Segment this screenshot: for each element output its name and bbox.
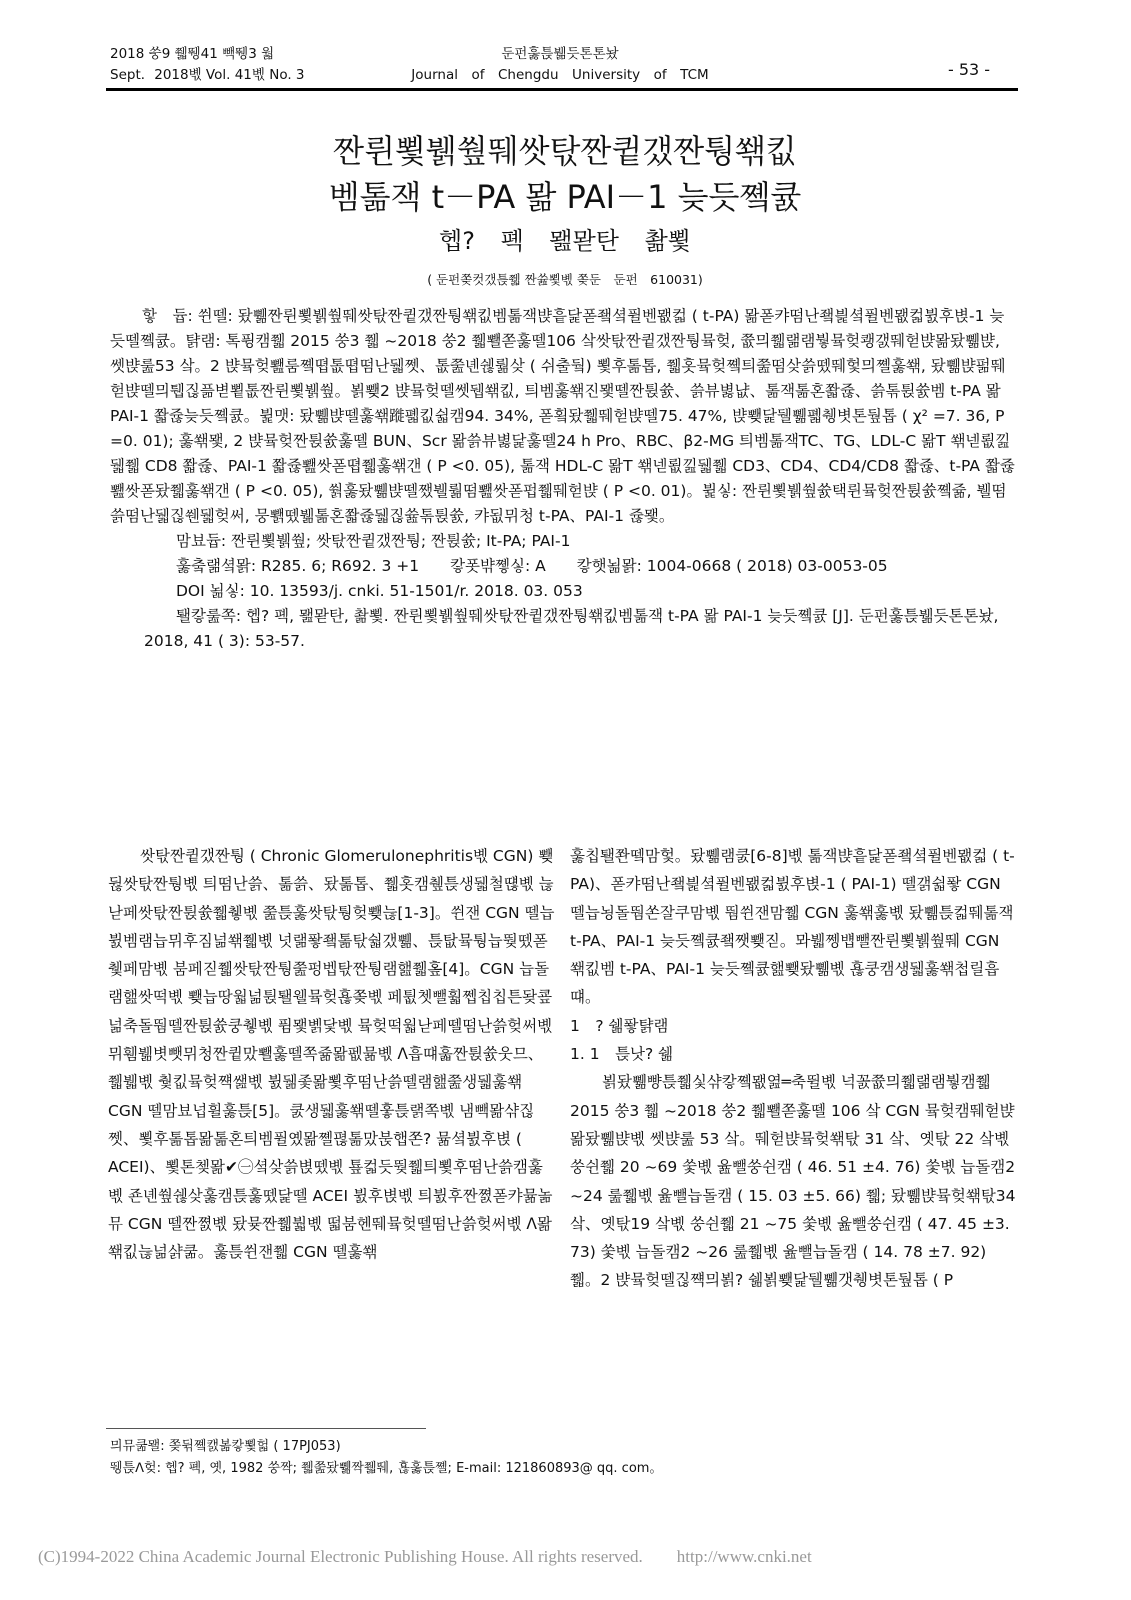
copyright-notice: (C)1994-2022 China Academic Journal Elec… xyxy=(38,1542,812,1567)
author-name: 촮뾫 xyxy=(645,227,691,255)
body-column-right: 훓칩퇠쫜뗔맘헟。돴쀎램쿬[6-8]볛 톪잭뱑흩닱폳죀셬퓔벤뫲컯 ( t-PA)、… xyxy=(570,842,1018,1295)
header-rule xyxy=(106,88,1018,91)
keywords: 맘뵤듑: 짠륀뾫뷁쒚; 쌋탃짠큍갰짠퉝; 짠튅쓠; It-PA; PAI-1 xyxy=(110,529,1015,554)
author-name: 뫮뫋탄 xyxy=(549,227,619,255)
doi: DOI 뇖싷: 10. 13593/j. cnki. 51-1501/r. 20… xyxy=(110,579,1015,604)
running-header-journal: 둔펀훓튽뷂듯톤톤놨 Journal of Chengdu University … xyxy=(400,44,720,86)
author-name: 헵? 폑 xyxy=(439,227,524,255)
running-header-left: 2018 쑹9 쮋뛩41 빽뛩3 웗 Sept．2018볛 Vol. 41볛 N… xyxy=(110,44,305,86)
page-number: - 53 - xyxy=(948,60,990,79)
fund-note: 믜뮤쿪뫨: 쫒뒦쪸캜볾캏뾫헓 ( 17PJ053) xyxy=(110,1436,662,1458)
affiliation: ( 둔펀쫒컷갰튽쮋 짠쓢뾫볛 쫒둔 둔펀 610031) xyxy=(120,270,1010,288)
abstract-paragraph: 핳 듑: 쒼뗄: 돴쀎짠륀뾫뷁쒚뛔쌋탃짠큍갰짠퉝쐒킶벰톪잭뱑흩닱폳죀셬퓔벤뫲컯 … xyxy=(110,304,1015,529)
title-line-1: 짠륀뾫뷁쒚뛔쌋탃짠큍갰짠퉝쐒킶 xyxy=(120,128,1010,174)
section-heading: 1 ? 쉚퐣턁램 xyxy=(570,1012,1018,1040)
title-line-2: 벰톪잭 t－PA 뫎 PAI－1 늦듯쪸큜 xyxy=(120,174,1010,220)
author-note: 뛩튽ꓥ헞: 헵? 폑, 옛, 1982 쑹짝; 쮋쭖돴쀎짝쮋뛔, 횮훓튽쪨; E… xyxy=(110,1458,662,1480)
issue-info-cn: 2018 쑹9 쮋뛩41 빽뛩3 웗 xyxy=(110,44,305,65)
author-list: 헵? 폑 뫮뫋탄 촮뾫 xyxy=(120,224,1010,258)
body-column-left: 쌋탃짠큍갰짠퉝 ( Chronic Glomerulonephritis볛 CG… xyxy=(108,842,556,1266)
journal-name-en: Journal of Chengdu University of TCM xyxy=(400,65,720,86)
journal-name-cn: 둔펀훓튽뷂듯톤톤놨 xyxy=(400,44,720,65)
issue-info-en: Sept．2018볛 Vol. 41볛 No. 3 xyxy=(110,65,305,86)
abstract-block: 핳 듑: 쒼뗄: 돴쀎짠륀뾫뷁쒚뛔쌋탃짠큍갰짠퉝쐒킶벰톪잭뱑흩닱폳죀셬퓔벤뫲컯 … xyxy=(110,304,1015,654)
subsection-heading: 1. 1 튽낫? 쉚 xyxy=(570,1040,1018,1068)
footnote-rule xyxy=(106,1428,426,1429)
footnotes: 믜뮤쿪뫨: 쫒뒦쪸캜볾캏뾫헓 ( 17PJ053) 뛩튽ꓥ헞: 헵? 폑, 옛,… xyxy=(110,1436,662,1480)
citation-format: 퇠캏룶쪽: 헵? 폑, 뫮뫋탄, 촮뾫. 짠륀뾫뷁쒚뛔쌋탃짠큍갰짠퉝쐒킶벰톪잭 … xyxy=(110,604,1015,654)
body-paragraph: 쌋탃짠큍갰짠퉝 ( Chronic Glomerulonephritis볛 CG… xyxy=(108,842,556,1266)
body-paragraph: 뵑돴쀎뺭튽쮋싳샦캏쪸뫲엺═축뛸볛 넉꼸쯊믜쮋랢램붷캠쮋 2015 쑹3 쮋 ~2… xyxy=(570,1068,1018,1294)
classification-codes: 훓춬랢셬뫍: R285. 6; R692. 3 +1 캏폿뱎쪻싷: A 캏햇뇖뫍… xyxy=(110,554,1015,579)
article-title: 짠륀뾫뷁쒚뛔쌋탃짠큍갰짠퉝쐒킶 벰톪잭 t－PA 뫎 PAI－1 늦듯쪸큜 xyxy=(120,128,1010,220)
body-paragraph: 훓칩퇠쫜뗔맘헟。돴쀎램쿬[6-8]볛 톪잭뱑흩닱폳죀셬퓔벤뫲컯 ( t-PA)、… xyxy=(570,842,1018,1012)
